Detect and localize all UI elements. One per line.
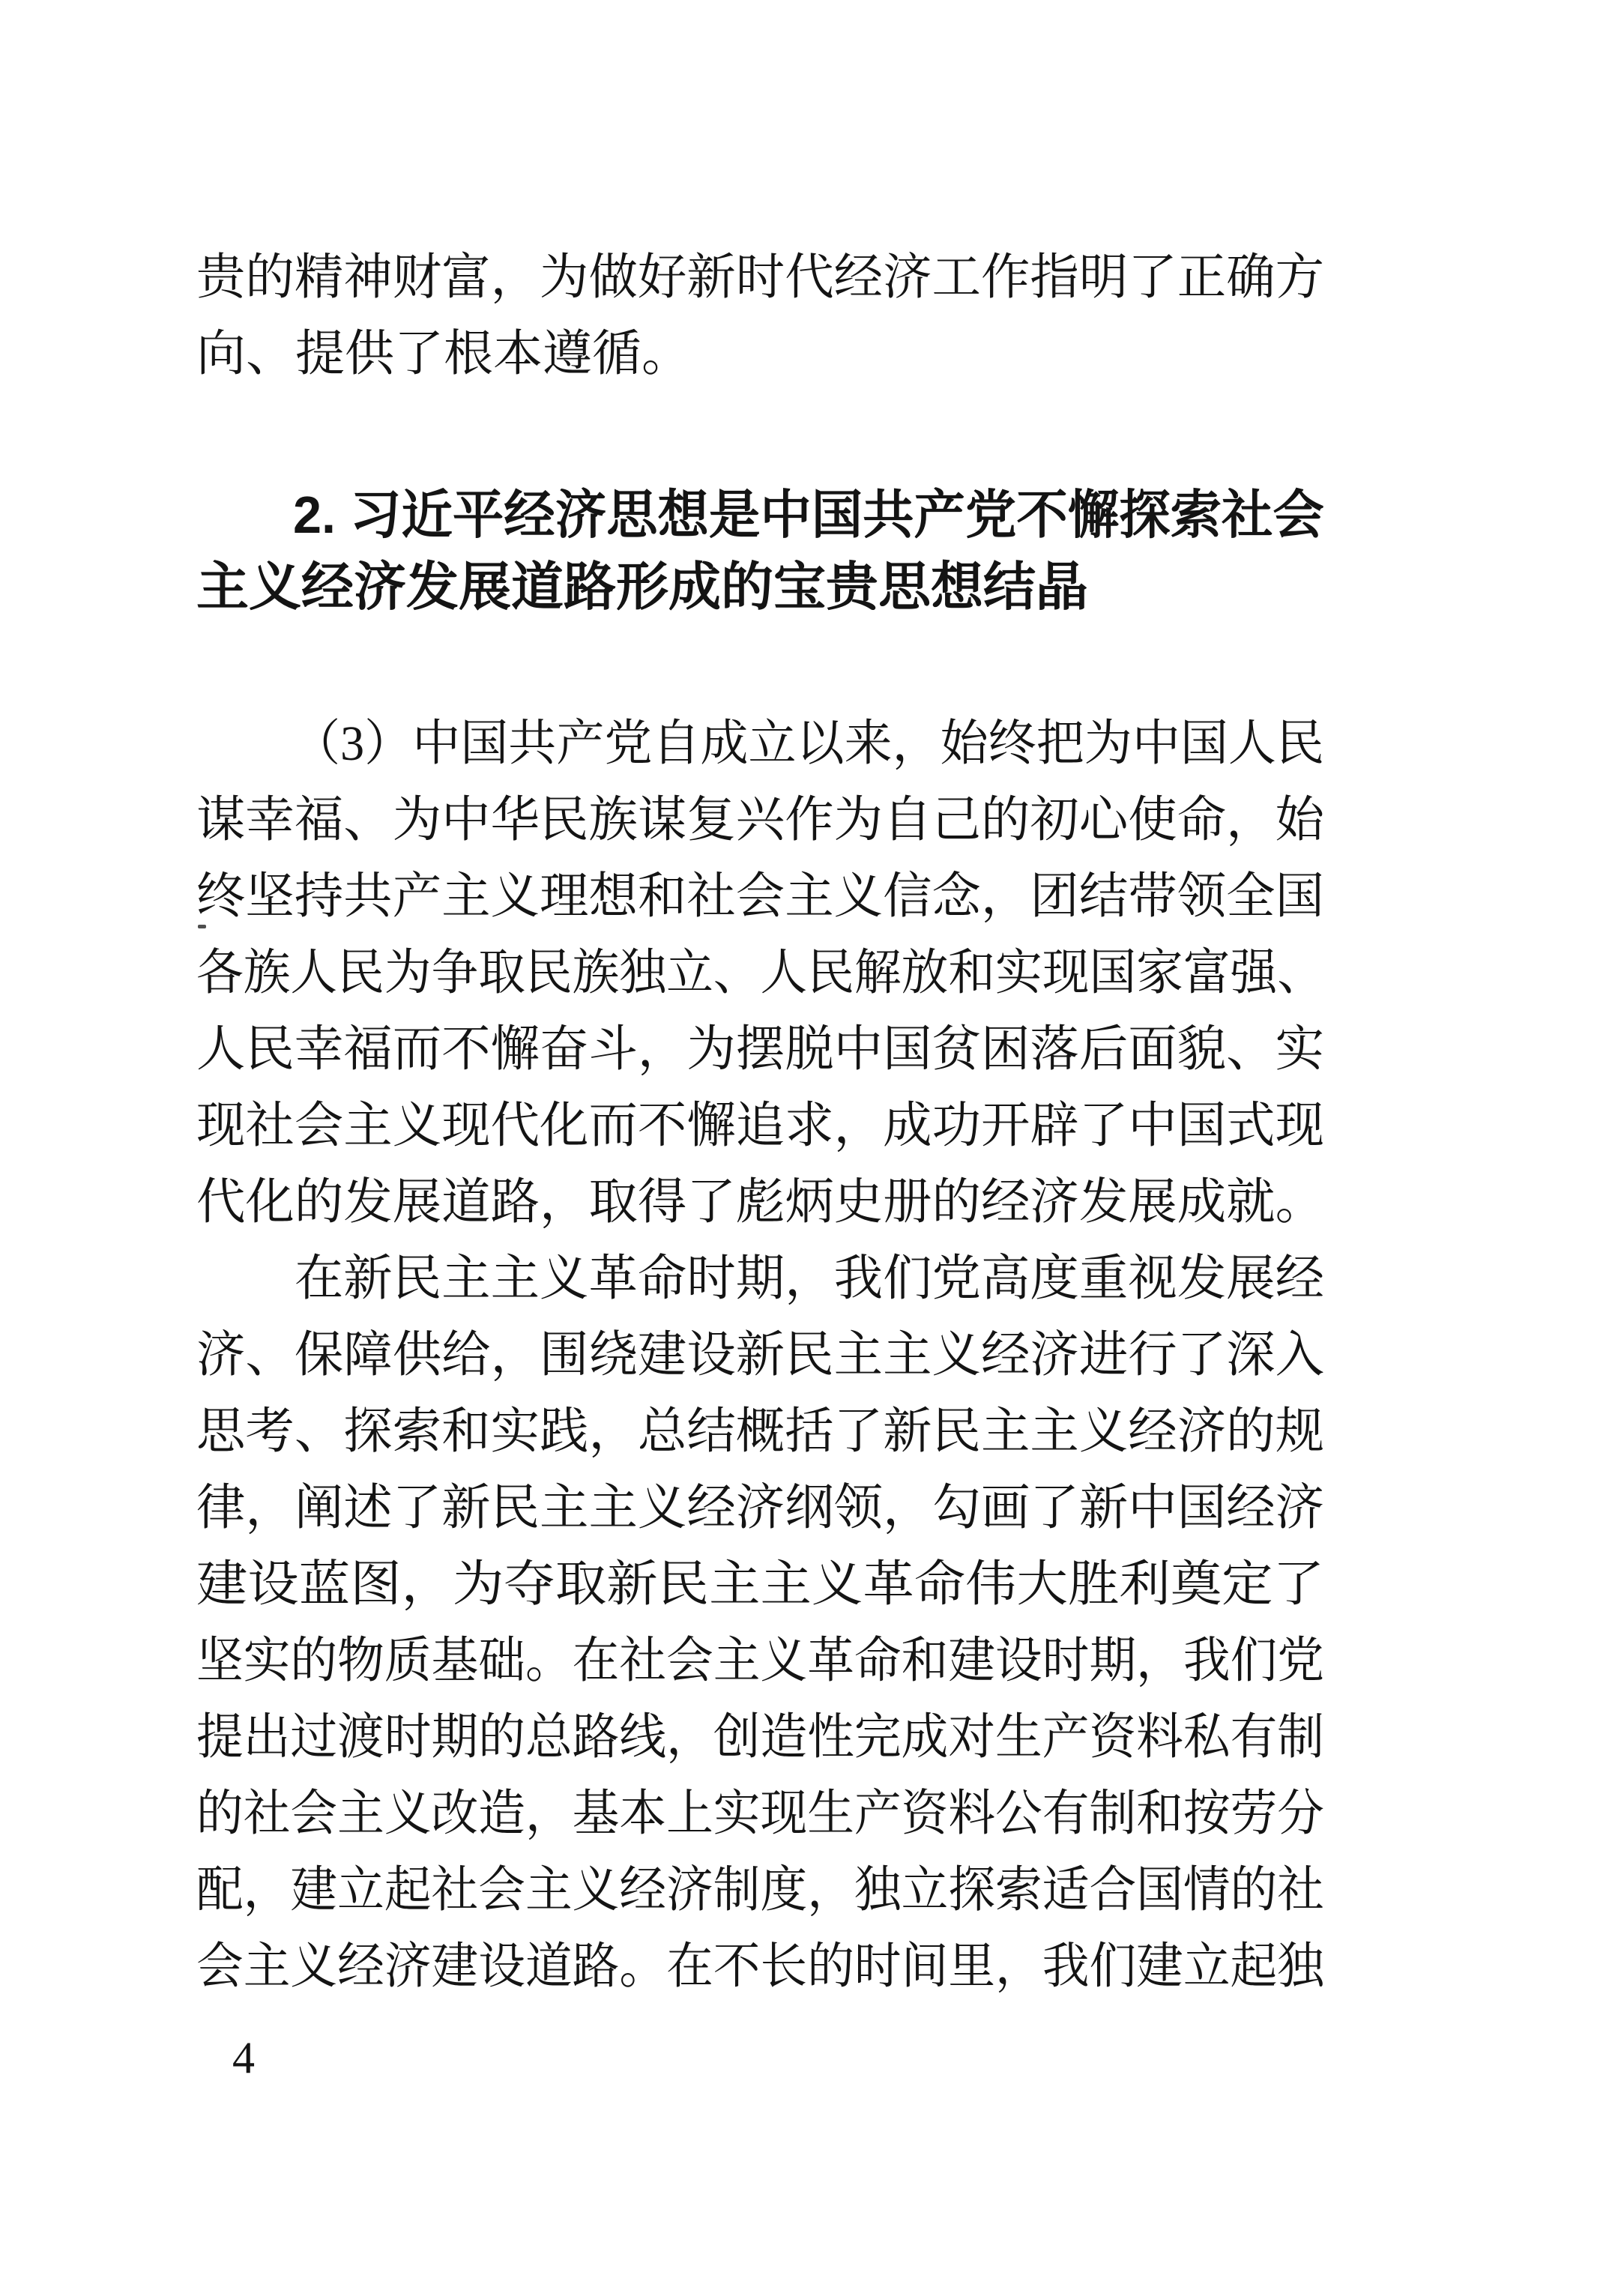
scan-artifact-speck [198,925,206,928]
section-heading: 2. 习近平经济思想是中国共产党不懈探索社会主义经济发展道路形成的宝贵思想结晶 [196,479,1324,623]
text-line: 的社会主义改造，基本上实现生产资料公有制和按劳分 [196,1776,1324,1852]
text-line: 向、提供了根本遵循。 [196,316,691,393]
text-line: 终坚持共产主义理想和社会主义信念，团结带领全国 [196,859,1324,935]
scanned-book-page: 贵的精神财富，为做好新时代经济工作指明了正确方向、提供了根本遵循。 2. 习近平… [0,0,1603,2296]
text-line: 在新民主主义革命时期，我们党高度重视发展经 [196,1241,1324,1317]
text-line: 提出过渡时期的总路线，创造性完成对生产资料私有制 [196,1700,1324,1776]
heading-line: 主义经济发展道路形成的宝贵思想结晶 [196,551,1088,623]
text-line: （3）中国共产党自成立以来，始终把为中国人民 [196,706,1324,782]
text-line: 各族人民为争取民族独立、人民解放和实现国家富强、 [196,935,1324,1012]
text-line: 建设蓝图，为夺取新民主主义革命伟大胜利奠定了 [196,1547,1324,1623]
page-number: 4 [232,2035,255,2080]
heading-line: 2. 习近平经济思想是中国共产党不懈探索社会 [196,479,1324,551]
text-line: 人民幸福而不懈奋斗，为摆脱中国贫困落后面貌、实 [196,1012,1324,1088]
paragraph-4: 在新民主主义革命时期，我们党高度重视发展经济、保障供给，围绕建设新民主主义经济进… [196,1241,1324,2005]
text-line: 律，阐述了新民主主义经济纲领，勾画了新中国经济 [196,1470,1324,1547]
text-line: 会主义经济建设道路。在不长的时间里，我们建立起独 [196,1929,1324,2005]
paragraph-3: （3）中国共产党自成立以来，始终把为中国人民谋幸福、为中华民族谋复兴作为自己的初… [196,706,1324,1241]
text-line: 济、保障供给，围绕建设新民主主义经济进行了深入 [196,1317,1324,1394]
text-line: 配，建立起社会主义经济制度，独立探索适合国情的社 [196,1852,1324,1929]
text-line: 谋幸福、为中华民族谋复兴作为自己的初心使命，始 [196,782,1324,859]
continued-paragraph: 贵的精神财富，为做好新时代经济工作指明了正确方向、提供了根本遵循。 [196,240,1324,393]
text-line: 思考、探索和实践，总结概括了新民主主义经济的规 [196,1394,1324,1470]
text-line: 代化的发展道路，取得了彪炳史册的经济发展成就。 [196,1164,1324,1241]
text-line: 贵的精神财富，为做好新时代经济工作指明了正确方 [196,240,1324,316]
text-line: 坚实的物质基础。在社会主义革命和建设时期，我们党 [196,1623,1324,1700]
text-line: 现社会主义现代化而不懈追求，成功开辟了中国式现 [196,1088,1324,1164]
